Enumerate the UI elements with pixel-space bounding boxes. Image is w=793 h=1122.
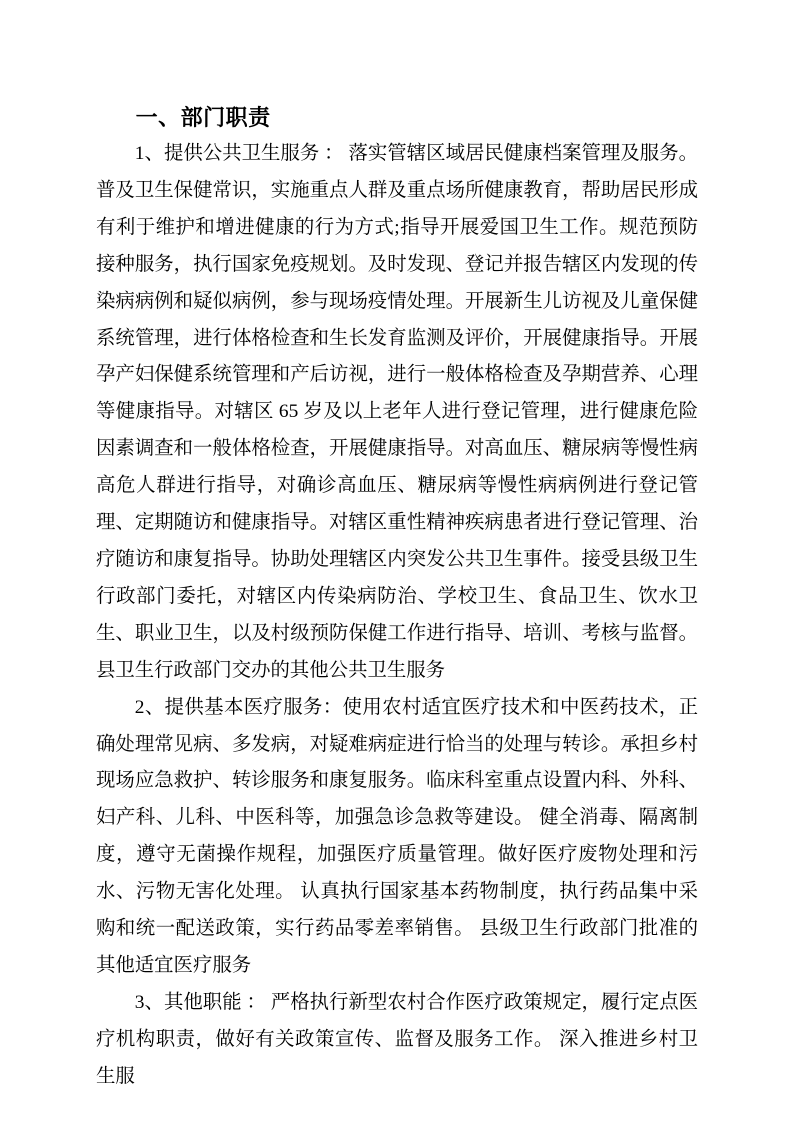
document-content: 一、部门职责 1、提供公共卫生服务 ： 落实管辖区域居民健康档案管理及服务。普及… xyxy=(96,99,698,1096)
paragraph-public-health-services: 1、提供公共卫生服务 ： 落实管辖区域居民健康档案管理及服务。普及卫生保健常识，… xyxy=(96,136,698,690)
paragraph-other-functions: 3、其他职能 ： 严格执行新型农村合作医疗政策规定，履行定点医疗机构职责，做好有… xyxy=(96,985,698,1096)
section-heading: 一、部门职责 xyxy=(96,99,698,136)
paragraph-basic-medical-services: 2、提供基本医疗服务：使用农村适宜医疗技术和中医药技术，正确处理常见病、多发病，… xyxy=(96,690,698,985)
document-page: 一、部门职责 1、提供公共卫生服务 ： 落实管辖区域居民健康档案管理及服务。普及… xyxy=(0,0,793,1122)
